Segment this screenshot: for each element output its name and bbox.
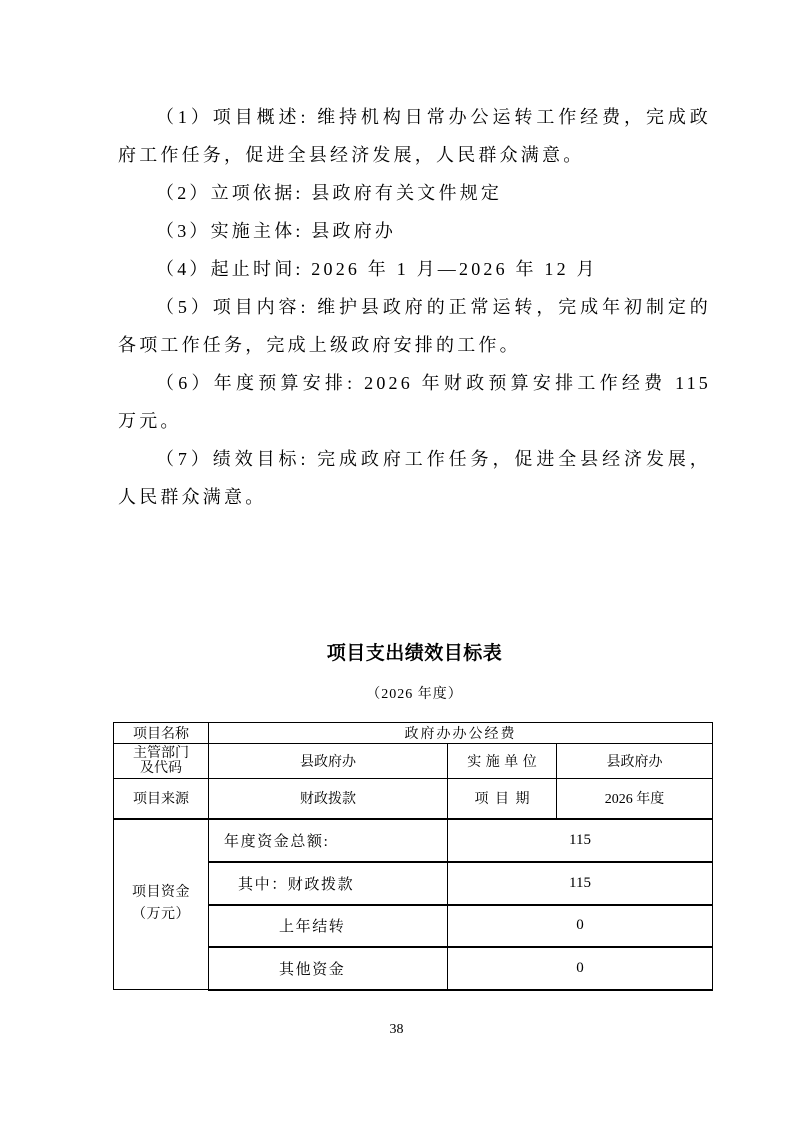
cell-fund-carryover-value: 0 [448, 905, 713, 947]
document-page: （1）项目概述: 维持机构日常办公运转工作经费，完成政府工作任务，促进全县经济发… [0, 0, 793, 1122]
cell-project-period-label: 项目期 [448, 779, 557, 819]
cell-fund-total-label: 年度资金总额: [209, 819, 448, 862]
cell-project-source-label: 项目来源 [114, 779, 209, 819]
cell-impl-unit-label: 实施单位 [448, 744, 557, 779]
paragraph-7-performance-goal: （7）绩效目标: 完成政府工作任务，促进全县经济发展，人民群众满意。 [118, 440, 711, 516]
cell-fund-total-value: 115 [448, 819, 713, 862]
cell-project-period-value: 2026 年度 [557, 779, 713, 819]
paragraph-6-annual-budget: （6）年度预算安排: 2026 年财政预算安排工作经费 115 万元。 [118, 364, 711, 440]
cell-project-name-label: 项目名称 [114, 723, 209, 744]
cell-fund-other-value: 0 [448, 947, 713, 990]
paragraph-1-project-overview: （1）项目概述: 维持机构日常办公运转工作经费，完成政府工作任务，促进全县经济发… [118, 98, 711, 174]
performance-target-table: 项目名称 政府办办公经费 主管部门 及代码 县政府办 实施单位 县政府办 项目来… [113, 722, 713, 991]
cell-fund-fiscal-label: 其中：财政拨款 [209, 862, 448, 905]
table-row-project-name: 项目名称 政府办办公经费 [114, 723, 713, 744]
table-row-dept: 主管部门 及代码 县政府办 实施单位 县政府办 [114, 744, 713, 779]
paragraph-4-time-period: （4）起止时间: 2026 年 1 月—2026 年 12 月 [118, 250, 711, 288]
cell-fund-carryover-label: 上年结转 [209, 905, 448, 947]
cell-project-fund-label: 项目资金 （万元） [114, 819, 209, 990]
section-subtitle: （2026 年度） [118, 684, 711, 706]
cell-fund-other-label: 其他资金 [209, 947, 448, 990]
table-row-fund-total: 项目资金 （万元） 年度资金总额: 115 [114, 819, 713, 862]
cell-dept-value: 县政府办 [209, 744, 448, 779]
section-title: 项目支出绩效目标表 [118, 640, 711, 668]
cell-dept-code-label: 主管部门 及代码 [114, 744, 209, 779]
paragraph-2-project-basis: （2）立项依据: 县政府有关文件规定 [118, 174, 711, 212]
body-text: （1）项目概述: 维持机构日常办公运转工作经费，完成政府工作任务，促进全县经济发… [118, 98, 711, 516]
table-row-source: 项目来源 财政拨款 项目期 2026 年度 [114, 779, 713, 819]
paragraph-5-project-content: （5）项目内容: 维护县政府的正常运转，完成年初制定的各项工作任务，完成上级政府… [118, 288, 711, 364]
cell-fund-fiscal-value: 115 [448, 862, 713, 905]
cell-project-source-value: 财政拨款 [209, 779, 448, 819]
paragraph-3-implementing-body: （3）实施主体: 县政府办 [118, 212, 711, 250]
cell-project-name-value: 政府办办公经费 [209, 723, 713, 744]
page-number: 38 [0, 1022, 793, 1038]
cell-impl-unit-value: 县政府办 [557, 744, 713, 779]
